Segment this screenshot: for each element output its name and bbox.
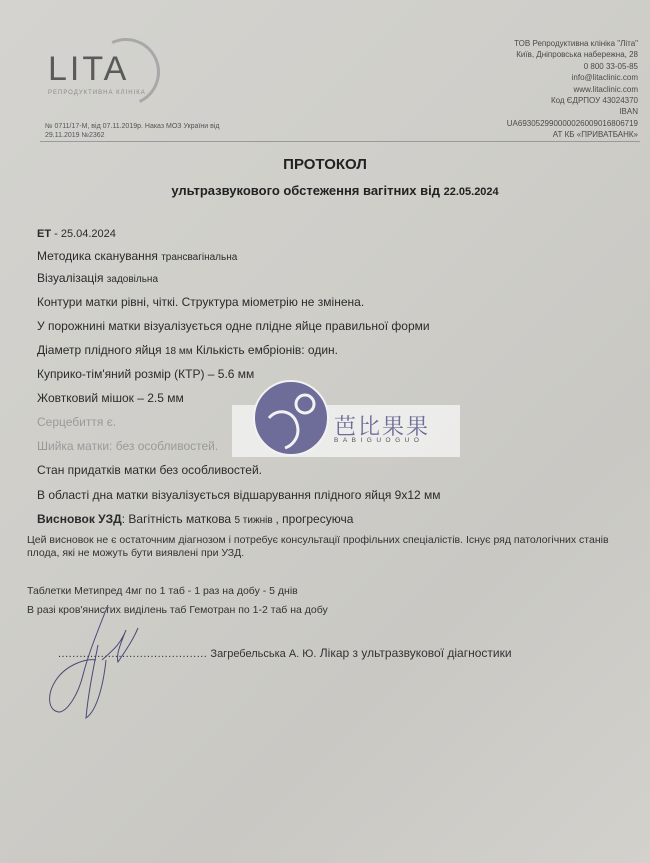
clinic-logo: LITA xyxy=(48,50,129,89)
clinic-edrpou: Код ЄДРПОУ 43024370 xyxy=(507,95,638,106)
diameter-label: Діаметр плідного яйця xyxy=(37,343,165,357)
method-line: Методика сканування трансвагінальна xyxy=(37,249,237,263)
clinic-phone: 0 800 33-05-85 xyxy=(507,61,638,72)
document-title: ПРОТОКОЛ xyxy=(0,156,650,173)
doctor-name: Загребельська А. Ю. xyxy=(210,648,316,660)
conclusion-status: , прогресуюча xyxy=(275,512,353,526)
prescription-1: Таблетки Метипред 4мг по 1 таб - 1 раз н… xyxy=(27,585,298,597)
conclusion-value: : Вагітність маткова xyxy=(122,512,235,526)
cervix-line: Шийка матки: без особливостей. xyxy=(37,439,218,453)
conclusion-line: Висновок УЗД: Вагітність маткова 5 тижні… xyxy=(37,512,353,526)
visualization-value: задовільна xyxy=(107,274,158,285)
yolk-sac-line: Жовтковий мішок – 2.5 мм xyxy=(37,391,184,405)
diameter-line: Діаметр плідного яйця 18 мм Кількість ем… xyxy=(37,343,338,357)
logo-subtitle: РЕПРОДУКТИВНА КЛІНІКА xyxy=(48,90,146,96)
et-label: ЕТ xyxy=(37,228,51,240)
diameter-value: 18 мм xyxy=(165,346,193,357)
ktr-line: Куприко-тім'яний розмір (КТР) – 5.6 мм xyxy=(37,367,254,381)
embryo-count: Кількість ембріонів: один. xyxy=(193,343,338,357)
subtitle-text: ультразвукового обстеження вагітних від xyxy=(171,183,440,198)
adnexa-line: Стан придатків матки без особливостей. xyxy=(37,463,262,477)
document-subtitle: ультразвукового обстеження вагітних від … xyxy=(0,183,650,198)
method-value: трансвагінальна xyxy=(161,252,237,263)
header-divider xyxy=(40,141,640,142)
signature-dots: ........................................… xyxy=(58,648,207,660)
clinic-address: Київ, Дніпровська набережна, 28 xyxy=(507,49,638,60)
clinic-name: ТОВ Репродуктивна клініка "Літа" xyxy=(507,38,638,49)
clinic-info: ТОВ Репродуктивна клініка "Літа" Київ, Д… xyxy=(507,38,638,141)
et-line: ЕТ - 25.04.2024 xyxy=(37,228,116,240)
license-text: № 0711/17-М, від 07.11.2019р. Наказ МОЗ … xyxy=(45,122,235,140)
signature-line: ........................................… xyxy=(58,646,512,660)
cavity-line: У порожнині матки візуалізується одне пл… xyxy=(37,319,430,333)
method-label: Методика сканування xyxy=(37,249,161,263)
contours-line: Контури матки рівні, чіткі. Структура мі… xyxy=(37,295,364,309)
clinic-email: info@litaclinic.com xyxy=(507,72,638,83)
disclaimer: Цей висновок не є остаточним діагнозом і… xyxy=(27,534,637,560)
et-value: - 25.04.2024 xyxy=(51,228,116,240)
visualization-line: Візуалізація задовільна xyxy=(37,271,158,285)
clinic-bank: АТ КБ «ПРИВАТБАНК» xyxy=(507,129,638,140)
clinic-iban-label: IBAN xyxy=(507,106,638,117)
clinic-website: www.litaclinic.com xyxy=(507,84,638,95)
handwritten-signature-icon xyxy=(38,600,148,730)
visualization-label: Візуалізація xyxy=(37,271,107,285)
heartbeat-line: Серцебиття є. xyxy=(37,415,116,429)
detachment-line: В області дна матки візуалізується відша… xyxy=(37,488,441,502)
exam-date: 22.05.2024 xyxy=(444,186,499,198)
conclusion-label: Висновок УЗД xyxy=(37,512,122,526)
gestation-weeks: 5 тижнів xyxy=(234,515,275,526)
watermark-logo-icon xyxy=(253,380,329,456)
watermark-latin: BABIGUOGUO xyxy=(334,437,423,444)
doctor-title: Лікар з ультразвукової діагностики xyxy=(316,646,511,660)
clinic-iban: UA693052990000026009016806719 xyxy=(507,118,638,129)
